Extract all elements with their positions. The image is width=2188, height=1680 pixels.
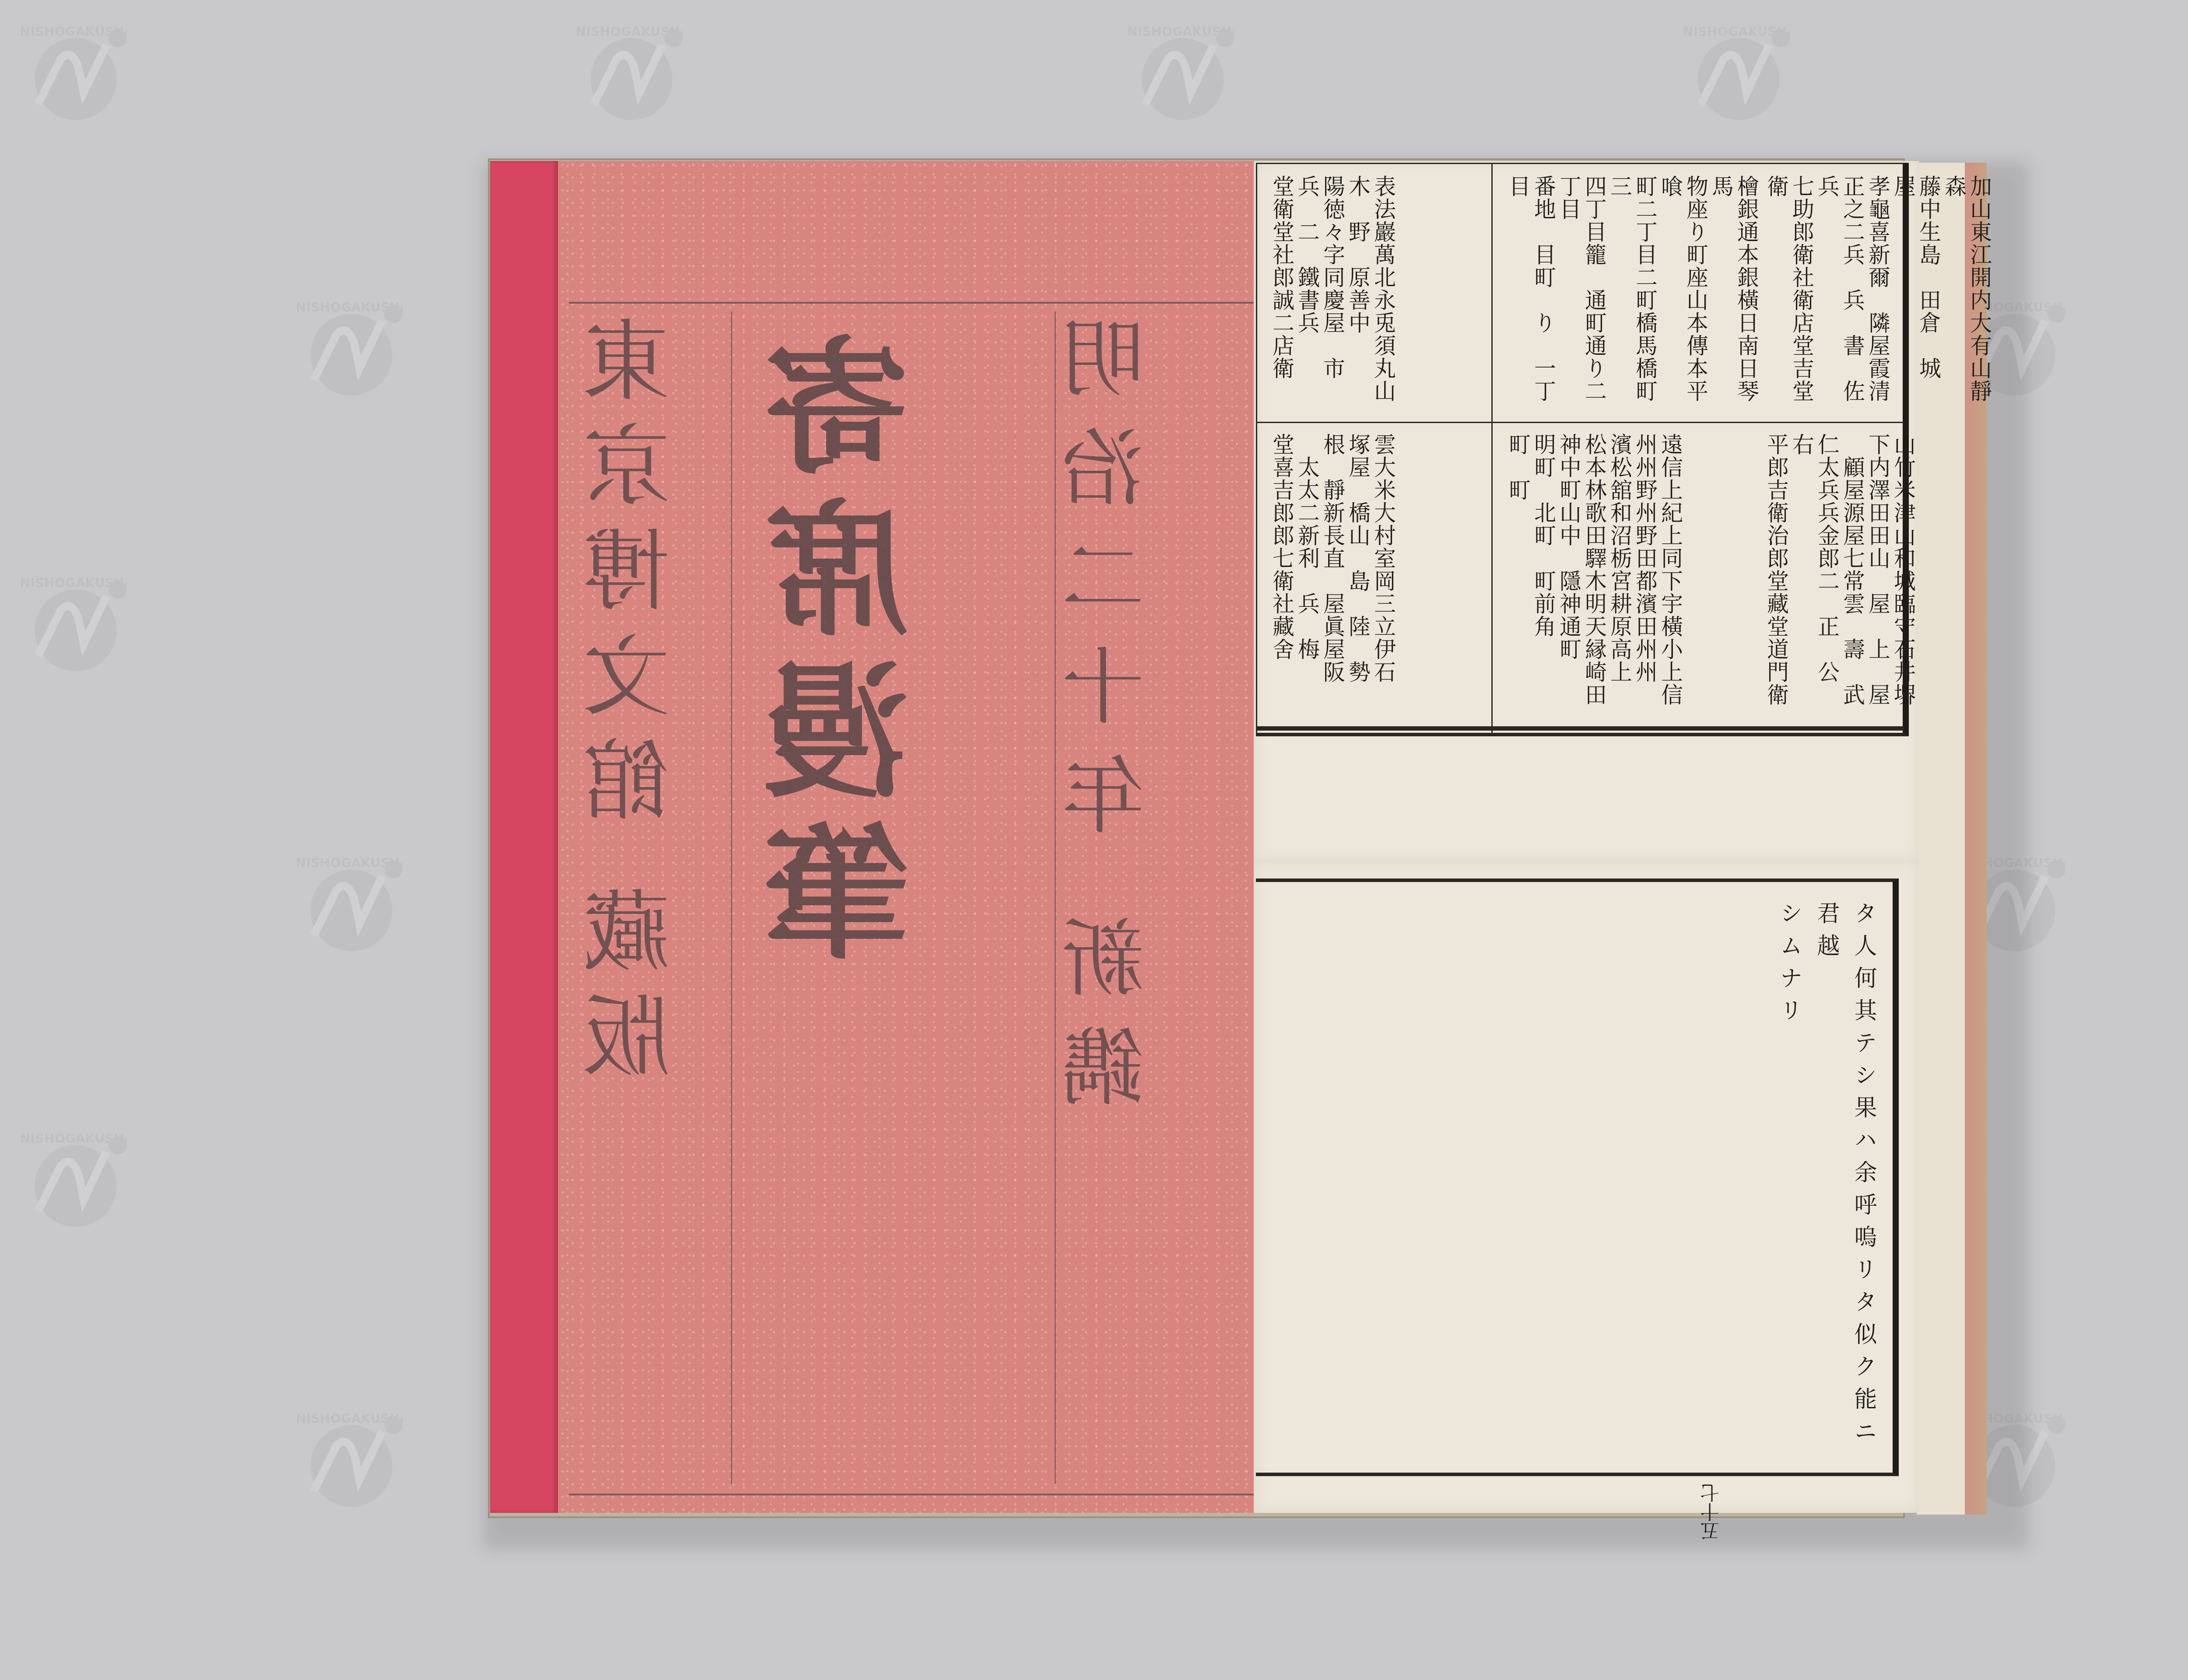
cell-line: 州州野州野田都濱田州州: [1632, 433, 1658, 713]
svg-text:NISHOGAKUSHA: NISHOGAKUSHA: [576, 24, 683, 39]
cell-line: 町二丁目二町橋馬橋町三: [1607, 175, 1658, 411]
cell-line: 堂喜吉郎郎七衛社藏舍: [1269, 433, 1294, 713]
svg-text:NISHOGAKUSHA: NISHOGAKUSHA: [20, 24, 127, 39]
cell-line: 明町 北町 町前角: [1531, 433, 1556, 713]
text-column: シムナリ: [1770, 901, 1807, 1452]
cover-date-column: 明治二十年 新鐫: [1050, 315, 1170, 1133]
svg-text:NISHOGAKUSHA: NISHOGAKUSHA: [20, 1131, 127, 1146]
nishogakusha-logo-icon: NISHOGAKUSHA: [13, 13, 127, 127]
cell-line: 雲大米大村室岡三立伊石: [1371, 433, 1396, 713]
cell-line: 七助郎衛社衛店堂吉堂衛: [1764, 175, 1814, 411]
svg-text:NISHOGAKUSHA: NISHOGAKUSHA: [296, 855, 403, 870]
page-number: 五十七: [1698, 1483, 1726, 1541]
cell-bottom-middle: 遠信上紀上同下宇橫小上信 州州野州野田都濱田州州 濱松舘和沼栃宮耕原高上 松本林…: [1505, 433, 1683, 713]
table-divider-hidden: [1759, 163, 1760, 734]
cell-line: 加山東江開内大有山靜森: [1941, 175, 1992, 411]
scan-scene: NISHOGAKUSHANISHOGAKUSHANISHOGAKUSHANISH…: [0, 0, 2188, 1680]
cell-top-middle: 檜銀通本銀橫日南日琴馬 物座り町座山本傳本平喰 町二丁目二町橋馬橋町三 四丁目籠…: [1505, 175, 1759, 411]
cell-line: 下内澤田田山 屋 上 屋: [1865, 433, 1890, 713]
cell-line: 松本林歌田驛木明天縁崎田: [1581, 433, 1607, 713]
table-divider: [1491, 163, 1493, 734]
cell-line: 四丁目籠 通町通り二丁目: [1556, 175, 1607, 411]
cell-line: 兵 二 鐵書兵: [1294, 175, 1320, 411]
cell-line: 物座り町座山本傳本平喰: [1658, 175, 1708, 411]
nishogakusha-logo-icon: NISHOGAKUSHA: [569, 13, 683, 127]
text-page-body: タ人何其テシ果ハ余呼嗚リタ似ク能ニ君越シムナリ: [1269, 901, 1882, 1452]
cell-line: 檜銀通本銀橫日南日琴馬: [1708, 175, 1759, 411]
cell-line: 陽徳々字同慶屋 市: [1320, 175, 1345, 411]
cell-line: 表法巖萬北永兎須丸山: [1371, 175, 1396, 411]
cell-line: 平郎吉衛治郎堂藏堂道門衛: [1764, 433, 1789, 713]
cell-line: 番地 目町 り 一丁目: [1505, 175, 1556, 411]
svg-text:NISHOGAKUSHA: NISHOGAKUSHA: [1683, 24, 1790, 39]
cell-line: 町 町: [1505, 433, 1531, 713]
text-column: タ人何其テシ果ハ余呼嗚リタ似ク能ニ君越: [1807, 901, 1882, 1452]
cell-line: 濱松舘和沼栃宮耕原高上: [1607, 433, 1632, 713]
cell-line: 遠信上紀上同下宇橫小上信: [1658, 433, 1683, 713]
cell-line: 堂衛堂社郎誠二店衛: [1269, 175, 1294, 411]
cell-line: 正之二兵 兵 書 佐 兵: [1814, 175, 1865, 411]
table-bottom-rule: [1256, 726, 1904, 731]
cell-line: 山竹米津山和城臨守石井堺: [1890, 433, 1916, 713]
nishogakusha-logo-icon: NISHOGAKUSHA: [13, 1120, 127, 1234]
cover-publisher-column: 東京博文館 藏版: [571, 315, 697, 1095]
cover-rule: [731, 311, 732, 1484]
cover-title: 寄席漫筆: [744, 332, 951, 980]
cell-line: 根 靜新長直 屋眞屋阪: [1320, 433, 1345, 713]
nishogakusha-logo-icon: NISHOGAKUSHA: [13, 564, 127, 678]
table-row-divider: [1256, 422, 1904, 423]
cell-bottom-left: 山竹米津山和城臨守石井堺 下内澤田田山 屋 上 屋 顧屋源屋七常雲 壽 武 仁太…: [1764, 433, 1916, 713]
cell-line: 太太二新利 兵 梅: [1294, 433, 1320, 713]
nishogakusha-logo-icon: NISHOGAKUSHA: [1120, 13, 1234, 127]
nishogakusha-logo-icon: NISHOGAKUSHA: [289, 289, 403, 402]
svg-text:NISHOGAKUSHA: NISHOGAKUSHA: [20, 575, 127, 590]
cell-line: 孝龜喜新爾 隣屋霞清: [1865, 175, 1890, 411]
nishogakusha-logo-icon: NISHOGAKUSHA: [289, 844, 403, 958]
cell-line: 塚屋 橋山 島 陸 勢: [1345, 433, 1371, 713]
nishogakusha-logo-icon: NISHOGAKUSHA: [1676, 13, 1790, 127]
nishogakusha-logo-icon: NISHOGAKUSHA: [289, 1400, 403, 1514]
svg-text:NISHOGAKUSHA: NISHOGAKUSHA: [1127, 24, 1234, 39]
cell-top-left: 加山東江開内大有山靜森 藤中生島 田倉 城 屋 孝龜喜新爾 隣屋霞清 正之二兵 …: [1764, 175, 1992, 411]
cell-top-right: 表法巖萬北永兎須丸山 木 野 原善中 陽徳々字同慶屋 市 兵 二 鐵書兵 堂衛堂…: [1269, 175, 1396, 411]
cell-line: 仁太兵兵金郎二 正 公 右: [1789, 433, 1840, 713]
cell-line: 藤中生島 田倉 城 屋: [1890, 175, 1941, 411]
cell-line: 神中町山中 隱神通町: [1556, 433, 1581, 713]
cell-line: 顧屋源屋七常雲 壽 武: [1840, 433, 1865, 713]
cover-spine: [490, 161, 558, 1513]
svg-text:NISHOGAKUSHA: NISHOGAKUSHA: [296, 300, 403, 315]
cell-line: 木 野 原善中: [1345, 175, 1371, 411]
cell-bottom-right: 雲大米大村室岡三立伊石 塚屋 橋山 島 陸 勢 根 靜新長直 屋眞屋阪 太太二新…: [1269, 433, 1396, 713]
svg-text:NISHOGAKUSHA: NISHOGAKUSHA: [296, 1411, 403, 1426]
